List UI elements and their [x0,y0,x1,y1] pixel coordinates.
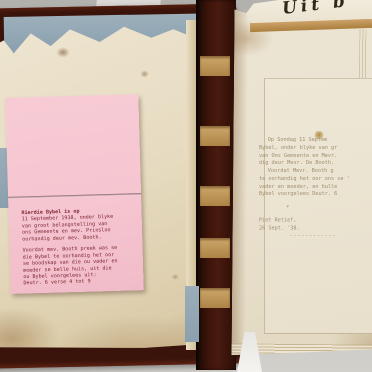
torn-patch-spine-foot [185,286,199,342]
note-line: Bybel voorgelees Deutr. 6 [259,191,372,199]
note-line: dig deur Mevr. De Booth. [259,159,372,167]
spine-webbing-band [200,126,230,146]
spine-webbing-band [200,56,230,76]
pink-folded-card: Hierdie Bybel is op 11 September 1938, o… [5,94,143,294]
note-mark: * [259,204,372,212]
note-line: van Ons Gemeente en Mevr. [259,152,372,160]
typed-note: Op Sondag 11 Septem Bybel, onder blyke v… [259,136,372,240]
note-line: Op Sondag 11 Septem [259,136,372,144]
card-paragraph-2: Voordat mev. Booth preek was se die Bybe… [22,243,156,286]
card-fold-crease [8,193,141,199]
photo-of-open-antique-book: Hierdie Bybel is op 11 September 1938, o… [0,0,372,372]
note-line: vader en moeder, en hulle [259,183,372,191]
spine-webbing-band [200,186,230,206]
note-dashed-rule: ------------ [259,232,372,240]
handwriting-fragment: Uit b [281,0,350,19]
book-spine-leather [196,0,236,370]
note-date: 26 Sept. '38. [259,224,372,232]
note-signature: Piet Retief, [259,217,372,225]
spine-webbing-band [200,288,230,308]
card-typewritten-text: Hierdie Bybel is op 11 September 1938, o… [21,205,156,286]
card-paragraph-1: Hierdie Bybel is op 11 September 1938, o… [21,205,155,242]
note-line: Bybel, onder blyke van gr [259,144,372,152]
note-line: te oorhandig het oor ons se ' [259,175,372,183]
spine-webbing-band [200,238,230,258]
note-line: Voordat Mevr. Booth g [259,167,372,175]
